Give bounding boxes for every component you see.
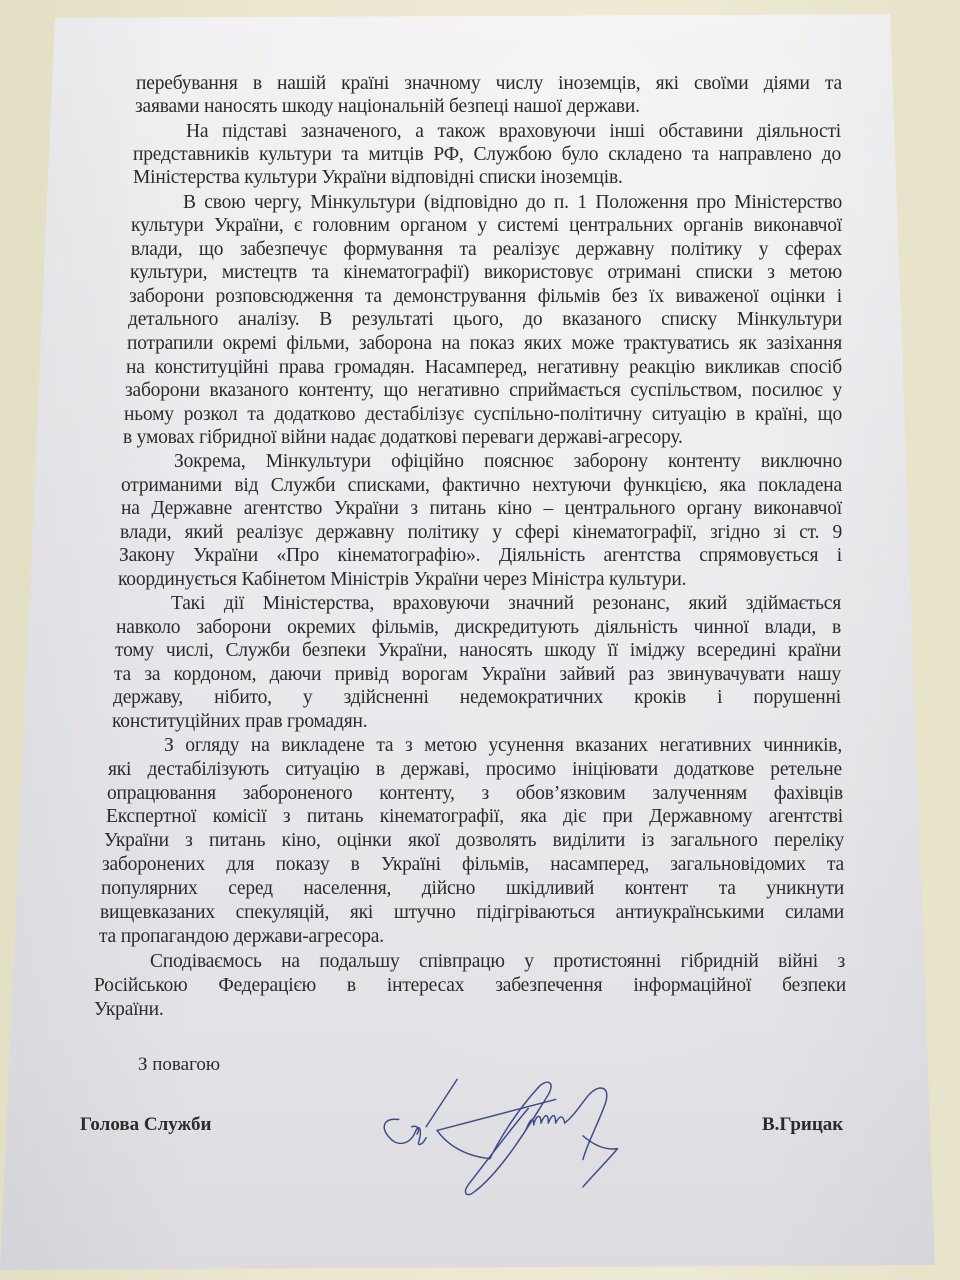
body-line: заборони розповсюдження та демонструванн…	[129, 285, 842, 309]
signatory-name: В.Грицак	[762, 1113, 843, 1137]
body-line: та за кордоном, даючи привід ворогам Укр…	[114, 663, 841, 687]
body-line: Міністерства культури України відповідні…	[133, 166, 841, 190]
body-line: культури України, є головним органом у с…	[131, 214, 842, 238]
body-line: на конституційні права громадян. Насампе…	[126, 356, 842, 380]
body-line: отриманими від Служби списками, фактично…	[121, 474, 842, 498]
body-line: На підставі зазначеного, а також врахову…	[186, 120, 841, 144]
body-line: потрапили окремі фільми, заборона на пок…	[127, 332, 842, 356]
body-line: навколо заборони окремих фільмів, дискре…	[116, 616, 841, 640]
body-line: культури, мистецтв та кінематографії) ви…	[130, 261, 842, 285]
body-line: державу, нібито, у здійсненні недемократ…	[113, 686, 841, 710]
body-line: України з питань кіно, оцінки якої дозво…	[104, 829, 844, 853]
body-line: детального аналізу. В результаті цього, …	[128, 308, 842, 332]
body-line: координується Кабінетом Міністрів Україн…	[118, 568, 842, 592]
body-line: Зокрема, Мінкультури офіційно пояснює за…	[174, 450, 842, 474]
body-line: популярних серед населення, дійсно шкідл…	[101, 877, 844, 901]
body-line: України.	[94, 998, 846, 1022]
body-line: та пропагандою держави-агресора.	[99, 925, 844, 949]
body-line: представників культури та митців РФ, Слу…	[133, 143, 841, 167]
body-line: перебування в нашій країні значному числ…	[136, 72, 842, 96]
signatory-position: Голова Служби	[80, 1113, 211, 1137]
body-line: ньому розкол та додатково дестабілізує с…	[124, 403, 842, 427]
body-line: Закону України «Про кінематографію». Дія…	[119, 544, 842, 568]
body-line: влади, який реалізує державну політику у…	[120, 521, 842, 545]
body-line: на Державне агентство України з питань к…	[121, 497, 842, 521]
body-line: Російською Федерацією в інтересах забезп…	[94, 974, 846, 998]
body-line: вищевказаних спекуляцій, які штучно піді…	[100, 901, 844, 925]
body-line: які дестабілізують ситуацію в державі, п…	[108, 758, 842, 782]
body-line: опрацювання забороненого контенту, з обо…	[107, 782, 843, 806]
body-line: в умовах гібридної війни надає додаткові…	[123, 426, 842, 450]
body-line: заборони вказаного контенту, що негативн…	[125, 379, 842, 403]
body-line: В свою чергу, Мінкультури (відповідно до…	[183, 191, 842, 215]
body-line: З огляду на викладене та з метою усуненн…	[164, 734, 842, 758]
body-line: Сподіваємось на подальшу співпрацю у про…	[150, 950, 845, 974]
closing-regards: З повагою	[138, 1053, 220, 1077]
body-line: заборонених для показу в Україні фільмів…	[102, 853, 844, 877]
body-line: влади, що забезпечує формування та реалі…	[131, 238, 842, 262]
handwritten-signature	[355, 1070, 665, 1220]
body-line: тому числі, Служби безпеки України, нано…	[115, 639, 841, 663]
body-line: Такі дії Міністерства, враховуючи значни…	[171, 592, 841, 616]
body-line: заявами наносять шкоду національній безп…	[135, 95, 842, 119]
body-line: конституційних прав громадян.	[112, 710, 841, 734]
body-line: Експертної комісії з питань кінематограф…	[106, 805, 843, 829]
